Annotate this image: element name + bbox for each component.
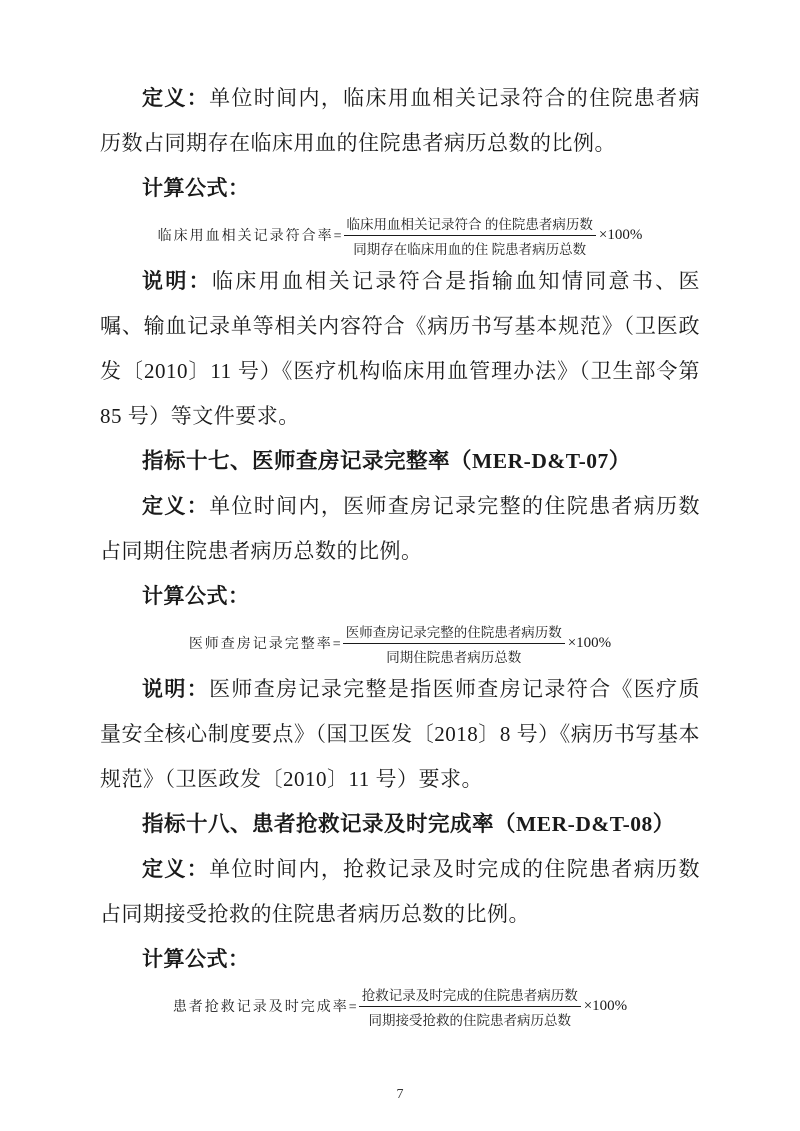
definition-paragraph: 定义：单位时间内，抢救记录及时完成的住院患者病历数占同期接受抢救的住院患者病历总… (100, 847, 700, 937)
note-label: 说明： (142, 269, 212, 293)
formula-lhs: 患者抢救记录及时完成率= (173, 996, 359, 1016)
note-paragraph: 说明：临床用血相关记录符合是指输血知情同意书、医嘱、输血记录单等相关内容符合《病… (100, 259, 700, 439)
formula-intro-label: 计算公式： (142, 584, 250, 608)
page-number: 7 (0, 1087, 800, 1103)
formula-ward-round-completeness: 医师查房记录完整率= 医师查房记录完整的住院患者病历数 同期住院患者病历总数 ×… (100, 620, 700, 666)
formula-intro: 计算公式： (100, 574, 700, 619)
note-label: 说明： (142, 677, 209, 701)
definition-paragraph: 定义：单位时间内，临床用血相关记录符合的住院患者病历数占同期存在临床用血的住院患… (100, 76, 700, 166)
section-heading-indicator-17: 指标十七、医师查房记录完整率（MER-D&T-07） (100, 439, 700, 484)
formula-blood-record-compliance: 临床用血相关记录符合率= 临床用血相关记录符合 的住院患者病历数 同期存在临床用… (100, 212, 700, 258)
formula-fraction: 抢救记录及时完成的住院患者病历数 同期接受抢救的住院患者病历总数 (359, 984, 581, 1029)
section-heading-indicator-18: 指标十八、患者抢救记录及时完成率（MER-D&T-08） (100, 802, 700, 847)
formula-denominator: 同期接受抢救的住院患者病历总数 (359, 1007, 581, 1029)
formula-denominator: 同期住院患者病历总数 (343, 644, 565, 666)
formula-multiplier: ×100% (599, 227, 642, 244)
formula-fraction: 临床用血相关记录符合 的住院患者病历数 同期存在临床用血的住 院患者病历总数 (344, 213, 596, 258)
formula-intro: 计算公式： (100, 937, 700, 982)
formula-lhs: 临床用血相关记录符合率= (158, 225, 344, 245)
formula-fraction: 医师查房记录完整的住院患者病历数 同期住院患者病历总数 (343, 621, 565, 666)
definition-label: 定义： (142, 494, 209, 518)
formula-intro-label: 计算公式： (142, 947, 250, 971)
formula-denominator: 同期存在临床用血的住 院患者病历总数 (344, 236, 596, 258)
formula-multiplier: ×100% (584, 998, 627, 1015)
formula-rescue-record-timeliness: 患者抢救记录及时完成率= 抢救记录及时完成的住院患者病历数 同期接受抢救的住院患… (100, 983, 700, 1029)
definition-paragraph: 定义：单位时间内，医师查房记录完整的住院患者病历数占同期住院患者病历总数的比例。 (100, 484, 700, 574)
note-paragraph: 说明：医师查房记录完整是指医师查房记录符合《医疗质量安全核心制度要点》（国卫医发… (100, 667, 700, 802)
formula-numerator: 临床用血相关记录符合 的住院患者病历数 (344, 213, 596, 236)
definition-label: 定义： (142, 86, 209, 110)
formula-intro: 计算公式： (100, 166, 700, 211)
formula-lhs: 医师查房记录完整率= (189, 633, 343, 653)
formula-multiplier: ×100% (568, 635, 611, 652)
formula-numerator: 抢救记录及时完成的住院患者病历数 (359, 984, 581, 1007)
formula-intro-label: 计算公式： (142, 176, 250, 200)
definition-label: 定义： (142, 857, 209, 881)
document-page: 定义：单位时间内，临床用血相关记录符合的住院患者病历数占同期存在临床用血的住院患… (0, 0, 800, 1131)
formula-numerator: 医师查房记录完整的住院患者病历数 (343, 621, 565, 644)
